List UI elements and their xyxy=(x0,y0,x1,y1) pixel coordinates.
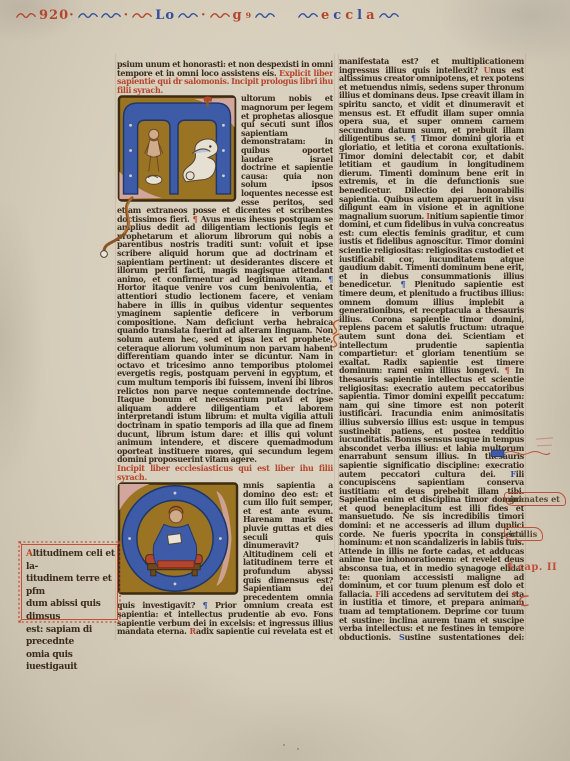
text-segment: Timor domini gloria et gloriatio, et let… xyxy=(339,133,524,220)
text-segment: nitium sapientie timor domini, et cum fi… xyxy=(339,211,524,290)
text-segment: ltitudinem celi et la- titudinem terre e… xyxy=(26,549,115,672)
prologue-block: ultorum nobis et magnorum per legem et p… xyxy=(117,94,333,464)
text-segment: Avus meus ihesus postquam se amplius ded… xyxy=(117,214,333,284)
text-segment: Plenitudo sapientie est timere deum, et … xyxy=(339,279,524,375)
text-column-right: manifestata est? et multiplicationem ing… xyxy=(339,57,524,641)
pen-flourish-icon xyxy=(101,12,121,19)
wisdom-ending-and-explicit-rubric: psium unum et honorasti: et non despexis… xyxy=(117,60,333,94)
ecclesiasticus-block: mnis sapientia a domino deo est: et cum … xyxy=(117,481,333,635)
chapter-marker-sub: e· xyxy=(512,588,520,598)
pen-flourish-icon xyxy=(132,12,152,19)
text-segment: A xyxy=(26,549,33,559)
text-segment: e xyxy=(321,8,330,23)
margin-mark xyxy=(536,437,553,440)
text-segment: c xyxy=(333,8,342,23)
initial-tail-flourish xyxy=(96,196,138,260)
ink-speck xyxy=(297,748,299,750)
pen-flourish-icon xyxy=(78,12,98,19)
incipit-rubric: Incipit liber ecclesiasticus qui est lib… xyxy=(117,464,333,481)
text-segment: g xyxy=(233,8,243,23)
ink-speck xyxy=(283,744,285,746)
pen-flourish-icon xyxy=(210,12,230,19)
margin-correction-2: in illis xyxy=(504,527,543,541)
text-segment: nus est altissimus creator omnipotens, e… xyxy=(339,65,524,144)
text-segment: 920· xyxy=(39,8,75,23)
pen-flourish-icon xyxy=(255,12,275,19)
pen-flourish-icon xyxy=(379,12,399,19)
margin-mark xyxy=(537,445,552,447)
running-header-left: 920· · Lo · g9 xyxy=(16,4,275,26)
ruling-line xyxy=(525,54,526,640)
margin-gloss: Altitudinem celi et la- titudinem terre … xyxy=(26,548,116,674)
text-segment: l xyxy=(357,8,363,23)
line-filler xyxy=(491,448,553,459)
running-header-right: eccla xyxy=(298,4,399,26)
margin-correction-1: granates et xyxy=(504,492,566,506)
text-segment: · xyxy=(201,8,207,23)
paragraph-curl-icon xyxy=(330,318,342,348)
text-segment: Incipit liber ecclesiasticus qui est lib… xyxy=(117,463,333,482)
text-segment: Lo xyxy=(155,8,175,23)
historiated-initial-o xyxy=(117,482,239,595)
pen-flourish-icon xyxy=(298,12,318,19)
text-segment: In thesauris sapientie intellectus et sc… xyxy=(339,365,524,478)
text-segment: 9 xyxy=(246,11,252,20)
text-segment: Hortor itaque venire vos cum benivolenti… xyxy=(117,282,333,464)
pen-flourish-icon xyxy=(16,12,36,19)
text-column-left: psium unum et honorasti: et non despexis… xyxy=(117,60,333,635)
text-segment: a xyxy=(366,8,375,23)
text-segment: ili concupiscens sapientiam conserva ius… xyxy=(339,469,524,599)
pen-flourish-icon xyxy=(178,12,198,19)
manuscript-page: 920· · Lo · g9 eccla psium unum et honor… xyxy=(0,0,570,761)
chapter-marker: ¶ cap. II xyxy=(507,562,557,573)
text-segment: · xyxy=(124,8,130,23)
historiated-initial-m xyxy=(117,95,237,202)
text-segment: c xyxy=(345,8,354,23)
bird-figure xyxy=(146,176,162,185)
